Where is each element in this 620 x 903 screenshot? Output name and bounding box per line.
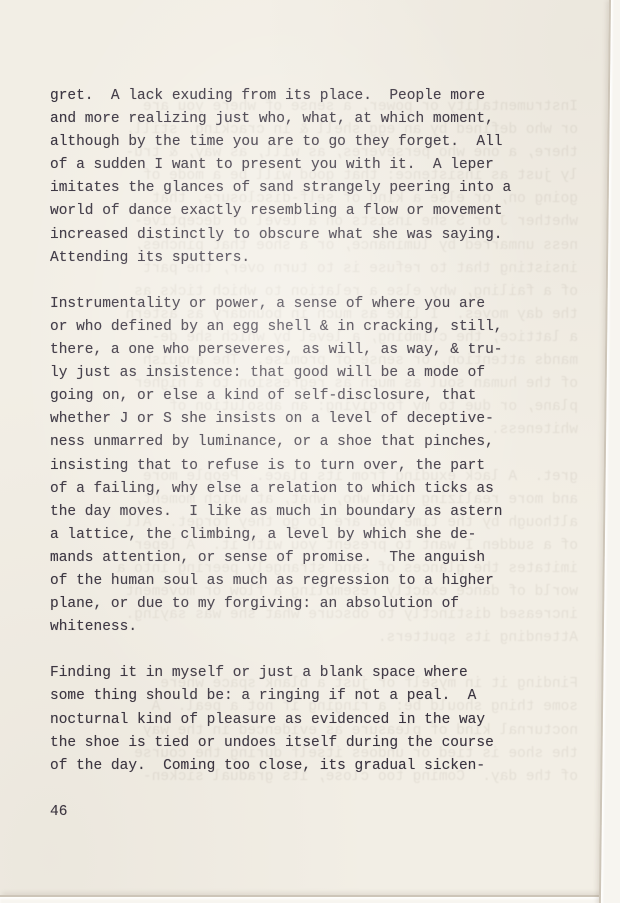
page-number: 46	[50, 801, 570, 824]
scanned-book-page: Instrumentality or power, a sense of whe…	[0, 0, 620, 903]
paragraph-3: Finding it in myself or just a blank spa…	[50, 662, 570, 777]
page-right-edge	[599, 0, 620, 903]
paragraph-1: gret. A lack exuding from its place. Peo…	[50, 85, 570, 270]
paragraph-2: Instrumentality or power, a sense of whe…	[50, 293, 570, 639]
page-bottom-edge	[0, 895, 620, 903]
page-text-block: gret. A lack exuding from its place. Peo…	[50, 85, 570, 824]
